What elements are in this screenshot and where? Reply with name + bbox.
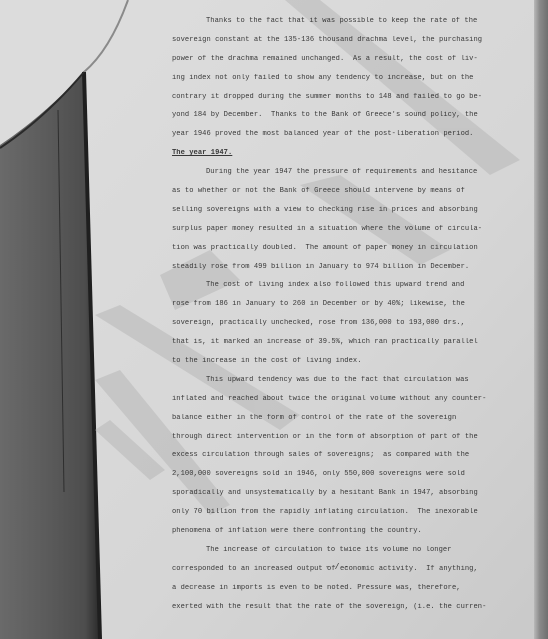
paragraph-line: surplus paper money resulted in a situat…	[172, 220, 512, 239]
page-edge-shadow	[534, 0, 548, 639]
paragraph-line: steadily rose from 499 billion in Januar…	[172, 258, 512, 277]
paragraph-line: power of the drachma remained unchanged.…	[172, 50, 512, 69]
paragraph-line: yond 184 by December. Thanks to the Bank…	[172, 106, 512, 125]
paragraph-line: sporadically and unsystematically by a h…	[172, 484, 512, 503]
paragraph-line: This upward tendency was due to the fact…	[172, 371, 512, 390]
section-heading: The year 1947.	[172, 144, 512, 163]
paragraph-line: as to whether or not the Bank of Greece …	[172, 182, 512, 201]
paragraph-line: phenomena of inflation were there confro…	[172, 522, 512, 541]
paragraph-line: year 1946 proved the most balanced year …	[172, 125, 512, 144]
paragraph-line: sovereign constant at the 135-136 thousa…	[172, 31, 512, 50]
paragraph-line: that is, it marked an increase of 39.5%,…	[172, 333, 512, 352]
paragraph-line: a decrease in imports is even to be note…	[172, 579, 512, 598]
paragraph-line: through direct intervention or in the fo…	[172, 428, 512, 447]
scanned-document-page: Thanks to the fact that it was possible …	[0, 0, 548, 639]
paragraph-line: Thanks to the fact that it was possible …	[172, 12, 512, 31]
page-number: - / -	[325, 563, 349, 572]
paragraph-line: 2,100,000 sovereigns sold in 1946, only …	[172, 465, 512, 484]
paragraph-line: balance either in the form of control of…	[172, 409, 512, 428]
paragraph-line: ing index not only failed to show any te…	[172, 69, 512, 88]
paragraph-line: selling sovereigns with a view to checki…	[172, 201, 512, 220]
paragraph-line: only 70 billion from the rapidly inflati…	[172, 503, 512, 522]
paragraph-line: During the year 1947 the pressure of req…	[172, 163, 512, 182]
paragraph-line: The cost of living index also followed t…	[172, 276, 512, 295]
paragraph-line: The increase of circulation to twice its…	[172, 541, 512, 560]
paragraph-line: tion was practically doubled. The amount…	[172, 239, 512, 258]
paragraph-line: excess circulation through sales of sove…	[172, 446, 512, 465]
paragraph-line: inflated and reached about twice the ori…	[172, 390, 512, 409]
document-body: Thanks to the fact that it was possible …	[172, 12, 512, 617]
paragraph-line: rose from 186 in January to 260 in Decem…	[172, 295, 512, 314]
paragraph-line: sovereign, practically unchecked, rose f…	[172, 314, 512, 333]
paragraph-line: exerted with the result that the rate of…	[172, 598, 512, 617]
paragraph-line: contrary it dropped during the summer mo…	[172, 88, 512, 107]
paragraph-line: to the increase in the cost of living in…	[172, 352, 512, 371]
